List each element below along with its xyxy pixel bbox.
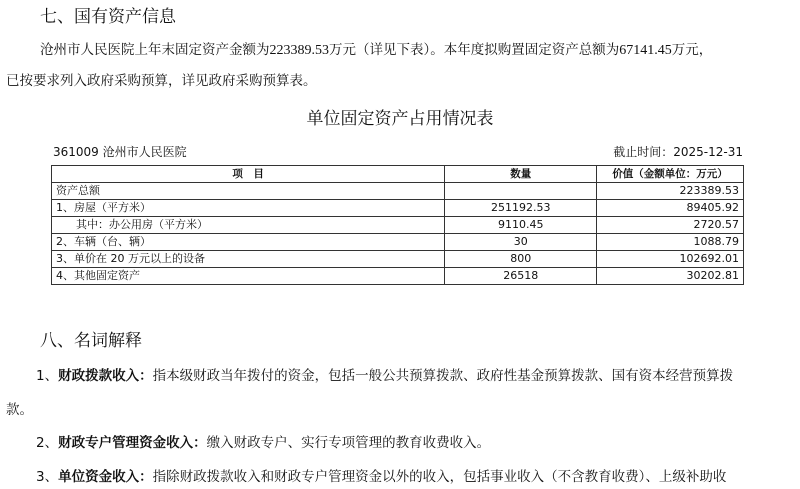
- item-number: 1、: [36, 368, 58, 384]
- header-item: 项 目: [52, 166, 445, 183]
- unit-name: 361009 沧州市人民医院: [53, 143, 187, 160]
- glossary-item-2: 2、财政专户管理资金收入：缴入财政专户、实行专项管理的教育收费收入。: [36, 431, 490, 451]
- table-title: 单位固定资产占用情况表: [0, 104, 800, 129]
- cell-item: 1、房屋（平方米）: [52, 200, 445, 217]
- table-row: 2、车辆（台、辆） 30 1088.79: [52, 234, 744, 251]
- cell-value: 30202.81: [597, 268, 744, 285]
- table-row: 资产总额 223389.53: [52, 183, 744, 200]
- cell-qty: 30: [445, 234, 597, 251]
- header-qty: 数量: [445, 166, 597, 183]
- cell-value: 102692.01: [597, 251, 744, 268]
- section-heading-glossary: 八、名词解释: [40, 326, 142, 351]
- table-row: 4、其他固定资产 26518 30202.81: [52, 268, 744, 285]
- cell-item: 其中：办公用房（平方米）: [52, 217, 445, 234]
- table-row: 3、单价在 20 万元以上的设备 800 102692.01: [52, 251, 744, 268]
- header-value: 价值（金额单位：万元）: [597, 166, 744, 183]
- cell-qty: [445, 183, 597, 200]
- table-row: 其中：办公用房（平方米） 9110.45 2720.57: [52, 217, 744, 234]
- item-number: 2、: [36, 435, 58, 451]
- cell-value: 89405.92: [597, 200, 744, 217]
- cell-value: 223389.53: [597, 183, 744, 200]
- cell-value: 1088.79: [597, 234, 744, 251]
- text: 万元，: [672, 42, 713, 58]
- cell-qty: 251192.53: [445, 200, 597, 217]
- fixed-asset-amount: 223389.53: [270, 43, 330, 58]
- cell-value: 2720.57: [597, 217, 744, 234]
- table-header-row: 项 目 数量 价值（金额单位：万元）: [52, 166, 744, 183]
- definition: 缴入财政专户、实行专项管理的教育收费收入。: [207, 435, 491, 451]
- glossary-item-1: 1、财政拨款收入：指本级财政当年拨付的资金，包括一般公共预算拨款、政府性基金预算…: [36, 364, 733, 384]
- glossary-item-3: 3、单位资金收入：指除财政拨款收入和财政专户管理资金以外的收入，包括事业收入（不…: [36, 465, 726, 485]
- cell-qty: 9110.45: [445, 217, 597, 234]
- cell-item: 3、单价在 20 万元以上的设备: [52, 251, 445, 268]
- cell-item: 2、车辆（台、辆）: [52, 234, 445, 251]
- cell-item: 4、其他固定资产: [52, 268, 445, 285]
- assets-paragraph-line2: 已按要求列入政府采购预算，详见政府采购预算表。: [6, 69, 317, 89]
- definition: 指本级财政当年拨付的资金，包括一般公共预算拨款、政府性基金预算拨款、国有资本经营…: [153, 368, 734, 384]
- term: 财政拨款收入：: [58, 368, 153, 384]
- cutoff-date: 截止时间：2025-12-31: [613, 143, 743, 160]
- text: 万元（详见下表）。本年度拟购置固定资产总额为: [329, 42, 619, 58]
- cell-qty: 26518: [445, 268, 597, 285]
- cell-qty: 800: [445, 251, 597, 268]
- assets-paragraph-line1: 沧州市人民医院上年末固定资产金额为223389.53万元（详见下表）。本年度拟购…: [40, 38, 712, 59]
- cell-item: 资产总额: [52, 183, 445, 200]
- glossary-item-1-cont: 款。: [6, 398, 33, 418]
- text: 沧州市人民医院上年末固定资产金额为: [40, 42, 270, 58]
- purchase-total: 67141.45: [619, 43, 672, 58]
- section-heading-state-assets: 七、国有资产信息: [40, 2, 176, 27]
- fixed-asset-table: 项 目 数量 价值（金额单位：万元） 资产总额 223389.53 1、房屋（平…: [51, 165, 744, 285]
- definition: 指除财政拨款收入和财政专户管理资金以外的收入，包括事业收入（不含教育收费）、上级…: [153, 469, 727, 485]
- term: 财政专户管理资金收入：: [58, 435, 207, 451]
- item-number: 3、: [36, 469, 58, 485]
- table-row: 1、房屋（平方米） 251192.53 89405.92: [52, 200, 744, 217]
- term: 单位资金收入：: [58, 469, 153, 485]
